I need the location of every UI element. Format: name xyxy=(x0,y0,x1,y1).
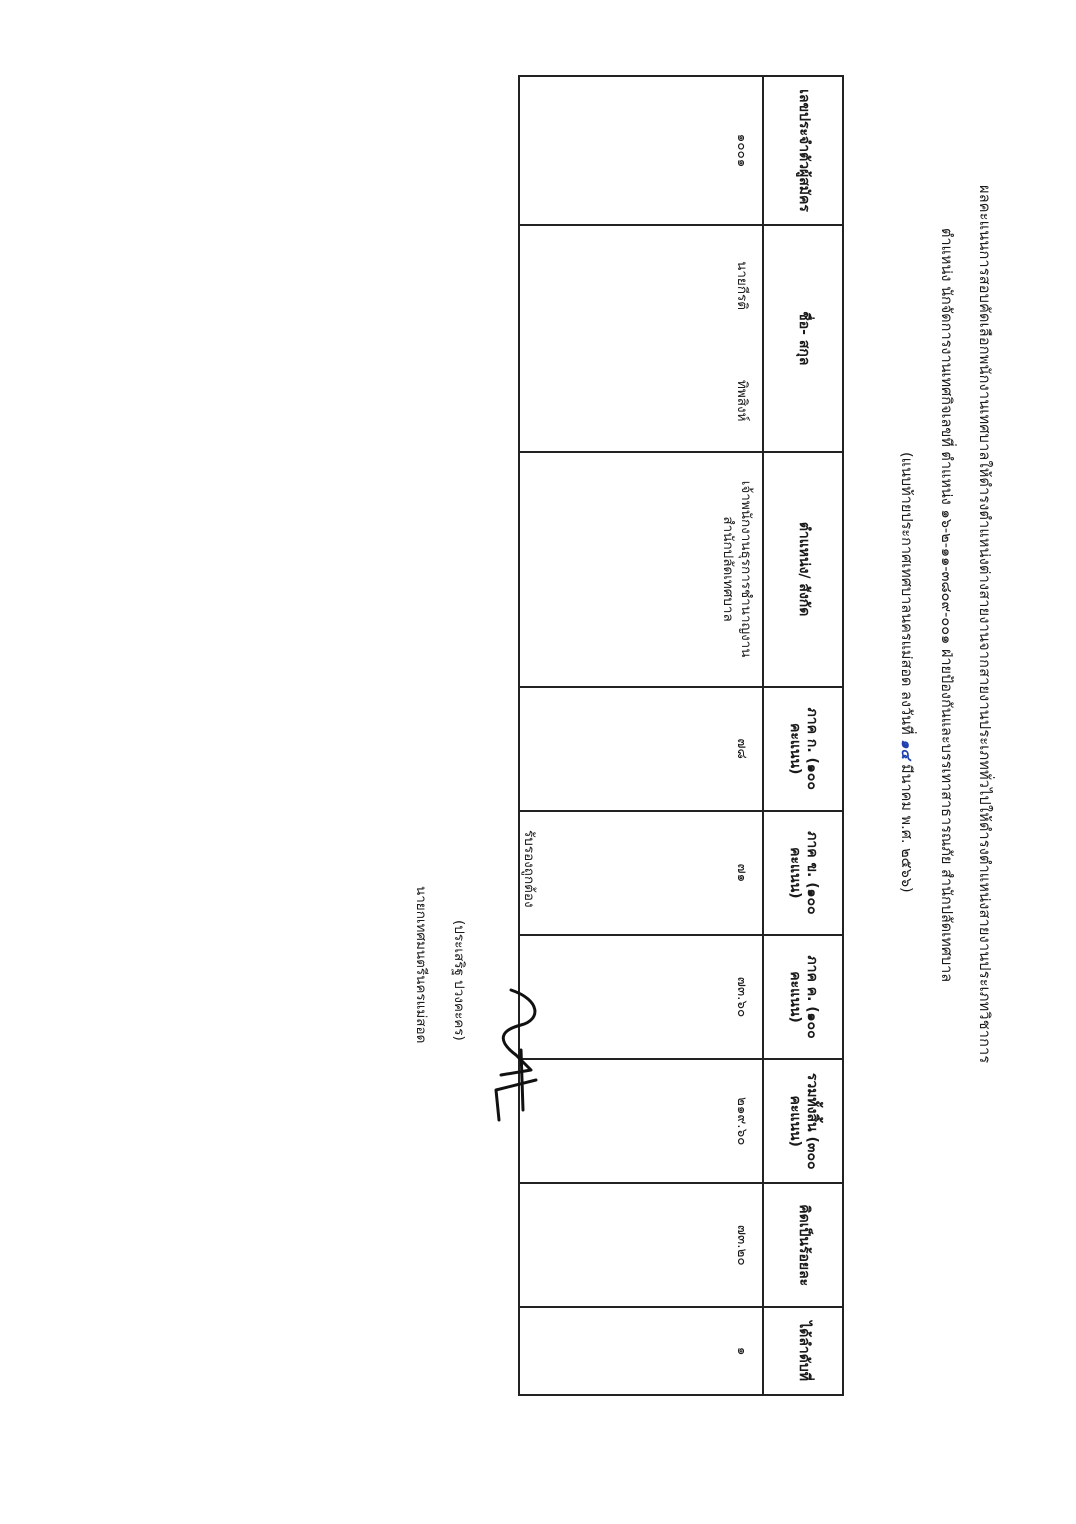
signer-title: นายกเทศมนตรีนครแม่สอด xyxy=(411,886,433,1043)
header-percent: คิดเป็นร้อยละ xyxy=(763,1183,843,1307)
cell-rank: ๑ xyxy=(519,1307,763,1395)
cell-position: เจ้าพนักงานธุรการชำนาญงาน สำนักปลัดเทศบา… xyxy=(519,452,763,687)
family-name: ทิพสิงห์ xyxy=(732,380,754,422)
header-part-a: ภาค ก. (๑๐๐ คะแนน) xyxy=(763,687,843,811)
position-title: เจ้าพนักงานธุรการชำนาญงาน xyxy=(736,459,754,680)
cell-total: ๒๑๙.๖๐ xyxy=(519,1059,763,1183)
document-subtitle-announcement: (แนบท้ายประกาศเทศบาลนครแม่สอด ลงวันที่ ๑… xyxy=(895,452,918,893)
given-name: นายกีรติ xyxy=(732,261,754,310)
certify-label: รับรองถูกต้อง xyxy=(519,830,541,908)
header-part-c: ภาค ค. (๑๐๐ คะแนน) xyxy=(763,935,843,1059)
header-applicant-id: เลขประจำตัวผู้สมัคร xyxy=(763,76,843,225)
header-name: ชื่อ- สกุล xyxy=(763,225,843,452)
signature-icon xyxy=(481,980,551,1130)
header-part-b: ภาค ข. (๑๐๐ คะแนน) xyxy=(763,811,843,935)
table-header-row: เลขประจำตัวผู้สมัคร ชื่อ- สกุล ตำแหน่ง/ … xyxy=(763,76,843,1395)
document-page: ผลคะแนนการสอบคัดเลือกพนักงานเทศบาลให้ดำร… xyxy=(0,0,1076,1524)
handwritten-day: ๑๔ xyxy=(898,739,914,759)
document-title: ผลคะแนนการสอบคัดเลือกพนักงานเทศบาลให้ดำร… xyxy=(973,185,996,1063)
cell-part-b: ๗๑ xyxy=(519,811,763,935)
header-rank: ได้ลำดับที่ xyxy=(763,1307,843,1395)
department: สำนักปลัดเทศบาล xyxy=(719,459,737,680)
announcement-prefix: (แนบท้ายประกาศเทศบาลนครแม่สอด ลงวันที่ xyxy=(898,452,914,739)
cell-percent: ๗๓.๒๐ xyxy=(519,1183,763,1307)
signature-block: รับรองถูกต้อง (ประเสริฐ ปวงคะคร) นายกเทศ… xyxy=(351,830,551,1170)
cell-part-a: ๗๘ xyxy=(519,687,763,811)
cell-part-c: ๗๓.๖๐ xyxy=(519,935,763,1059)
results-table: เลขประจำตัวผู้สมัคร ชื่อ- สกุล ตำแหน่ง/ … xyxy=(518,75,844,1396)
cell-applicant-id: ๑๐๐๑ xyxy=(519,76,763,225)
document-subtitle-position: ตำแหน่ง นักจัดการงานเทศกิจเลขที่ ตำแหน่ง… xyxy=(935,228,958,982)
table-row: ๑๐๐๑ นายกีรติทิพสิงห์ เจ้าพนักงานธุรการช… xyxy=(519,76,763,1395)
signer-name: (ประเสริฐ ปวงคะคร) xyxy=(449,920,471,1041)
cell-name: นายกีรติทิพสิงห์ xyxy=(519,225,763,452)
header-position: ตำแหน่ง/ สังกัด xyxy=(763,452,843,687)
header-total: รวมทั้งสิ้น (๓๐๐ คะแนน) xyxy=(763,1059,843,1183)
announcement-suffix: มีนาคม พ.ศ. ๒๕๖๖) xyxy=(898,759,914,892)
